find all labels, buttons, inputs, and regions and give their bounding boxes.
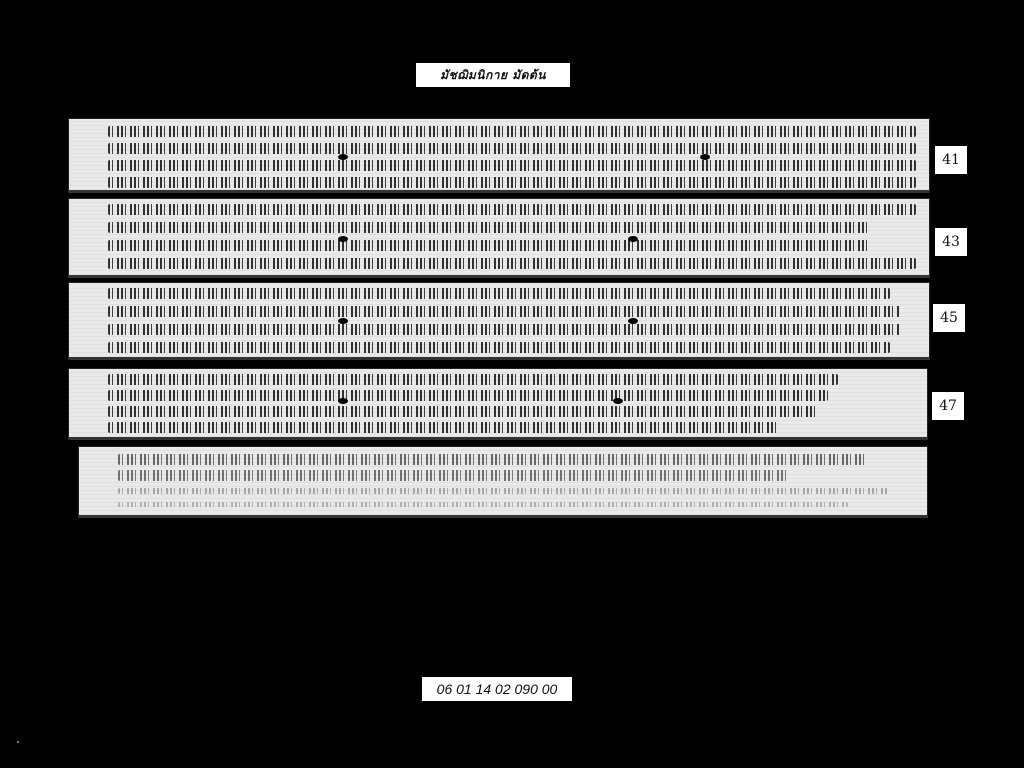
string-hole — [338, 236, 348, 242]
string-hole — [338, 318, 348, 324]
script-line — [108, 390, 828, 401]
leaf-edge — [68, 275, 930, 278]
catalog-number-label: 06 01 14 02 090 00 — [422, 677, 572, 701]
palm-leaf-3 — [68, 282, 930, 360]
palm-leaf-5 — [78, 446, 928, 518]
string-hole — [338, 398, 348, 404]
script-line — [108, 160, 916, 171]
string-hole — [613, 398, 623, 404]
script-line — [118, 470, 788, 481]
catalog-number-text: 06 01 14 02 090 00 — [437, 681, 558, 697]
script-line — [108, 406, 818, 417]
page-number-43: 43 — [935, 228, 967, 256]
script-line — [108, 288, 890, 299]
script-line — [108, 240, 870, 251]
string-hole — [338, 154, 348, 160]
script-line — [108, 177, 916, 188]
page-number-47: 47 — [932, 392, 964, 420]
script-line — [108, 126, 916, 137]
script-line — [118, 454, 868, 465]
leaf-edge — [78, 515, 928, 518]
script-line — [108, 374, 838, 385]
script-line — [118, 488, 888, 494]
script-line — [108, 204, 916, 215]
script-line — [108, 143, 916, 154]
script-line — [108, 324, 900, 335]
palm-leaf-2 — [68, 198, 930, 278]
page-number-41: 41 — [935, 146, 967, 174]
script-line — [108, 422, 778, 433]
manuscript-title-text: มัชฌิมนิกาย มัดต้น — [440, 66, 546, 85]
string-hole — [628, 236, 638, 242]
script-line — [108, 258, 916, 269]
script-line — [108, 342, 890, 353]
script-line — [118, 502, 848, 507]
script-line — [108, 222, 870, 233]
scan-noise-speck — [17, 741, 19, 743]
leaf-edge — [68, 357, 930, 360]
leaf-edge — [68, 190, 930, 193]
leaf-edge — [68, 437, 928, 440]
script-line — [108, 306, 900, 317]
palm-leaf-4 — [68, 368, 928, 440]
palm-leaf-1 — [68, 118, 930, 193]
manuscript-title-label: มัชฌิมนิกาย มัดต้น — [416, 63, 570, 87]
page-number-45: 45 — [933, 304, 965, 332]
string-hole — [700, 154, 710, 160]
string-hole — [628, 318, 638, 324]
